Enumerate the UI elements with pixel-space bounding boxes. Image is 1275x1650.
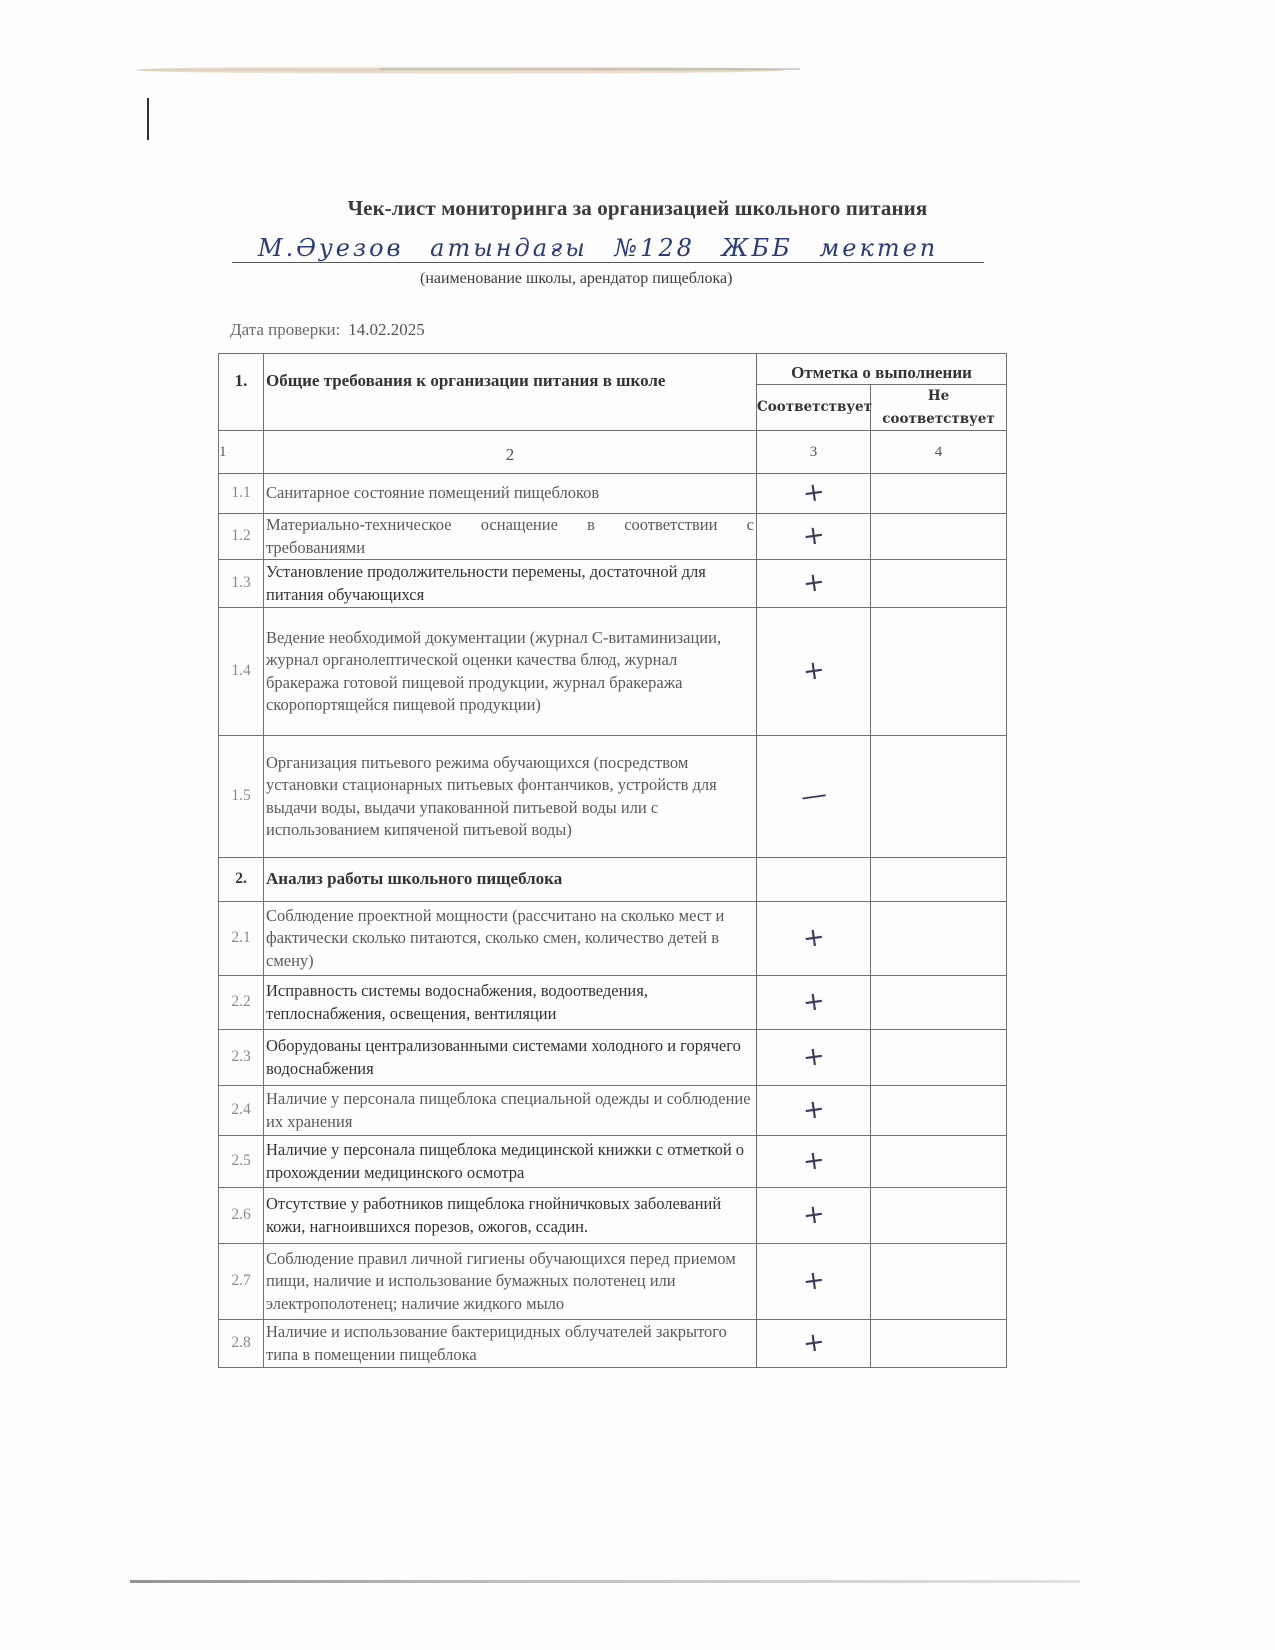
- not-complies-mark: [871, 736, 1007, 858]
- scan-edge-bottom: [130, 1580, 1080, 1583]
- row-number: 1.3: [219, 560, 264, 608]
- column-number: 3: [757, 431, 871, 474]
- not-complies-mark: [871, 1188, 1007, 1244]
- section-2-number: 2.: [219, 858, 264, 902]
- complies-mark: +: [757, 514, 871, 560]
- handwritten-mark: +: [801, 1045, 826, 1070]
- header-mark-title: Отметка о выполнении: [757, 354, 1007, 385]
- complies-mark: —: [757, 736, 871, 858]
- column-numbers-row: 1 2 3 4: [219, 431, 1007, 474]
- row-requirement: Соблюдение правил личной гигиены обучающ…: [264, 1244, 757, 1320]
- table-row: 1.1Санитарное состояние помещений пищебл…: [219, 474, 1007, 514]
- school-name-underline: [232, 262, 984, 263]
- handwritten-mark: +: [801, 1331, 826, 1356]
- handwritten-mark: +: [801, 659, 826, 684]
- row-number: 1.1: [219, 474, 264, 514]
- not-complies-mark: [871, 1244, 1007, 1320]
- complies-mark: +: [757, 1086, 871, 1136]
- not-complies-mark: [871, 902, 1007, 976]
- column-number: 1: [219, 431, 264, 474]
- handwritten-mark: +: [801, 481, 826, 506]
- table-row: 1.3Установление продолжительности переме…: [219, 560, 1007, 608]
- date-label: Дата проверки:: [230, 320, 340, 339]
- empty-cell: [871, 858, 1007, 902]
- handwritten-mark: +: [801, 571, 826, 596]
- not-complies-mark: [871, 1086, 1007, 1136]
- handwritten-mark: +: [801, 990, 826, 1015]
- complies-mark: +: [757, 474, 871, 514]
- row-requirement: Наличие и использование бактерицидных об…: [264, 1320, 757, 1368]
- handwritten-mark: +: [801, 1149, 826, 1174]
- not-complies-mark: [871, 560, 1007, 608]
- complies-mark: +: [757, 1188, 871, 1244]
- document-title: Чек-лист мониторинга за организацией шко…: [0, 196, 1275, 221]
- row-number: 2.7: [219, 1244, 264, 1320]
- row-requirement: Санитарное состояние помещений пищеблоко…: [264, 474, 757, 514]
- table-row: 2.5Наличие у персонала пищеблока медицин…: [219, 1136, 1007, 1188]
- empty-cell: [757, 858, 871, 902]
- complies-mark: +: [757, 560, 871, 608]
- handwritten-mark: —: [799, 784, 828, 810]
- row-number: 2.4: [219, 1086, 264, 1136]
- row-number: 2.2: [219, 976, 264, 1030]
- row-number: 2.8: [219, 1320, 264, 1368]
- table-row: 1.4Ведение необходимой документации (жур…: [219, 608, 1007, 736]
- row-requirement: Ведение необходимой документации (журнал…: [264, 608, 757, 736]
- complies-mark: +: [757, 976, 871, 1030]
- row-number: 1.4: [219, 608, 264, 736]
- row-requirement: Соблюдение проектной мощности (рассчитан…: [264, 902, 757, 976]
- row-number: 2.1: [219, 902, 264, 976]
- not-complies-mark: [871, 514, 1007, 560]
- complies-mark: +: [757, 1244, 871, 1320]
- complies-mark: +: [757, 608, 871, 736]
- complies-mark: +: [757, 1136, 871, 1188]
- section-1-rows: 1.1Санитарное состояние помещений пищебл…: [219, 474, 1007, 858]
- inspection-date: Дата проверки:14.02.2025: [230, 320, 425, 340]
- header-section-number: 1.: [219, 354, 264, 431]
- row-requirement: Материально-техническое оснащение в соот…: [264, 514, 757, 560]
- complies-mark: +: [757, 1320, 871, 1368]
- row-requirement: Отсутствие у работников пищеблока гнойни…: [264, 1188, 757, 1244]
- table-row: 2.8Наличие и использование бактерицидных…: [219, 1320, 1007, 1368]
- row-number: 1.2: [219, 514, 264, 560]
- not-complies-mark: [871, 1030, 1007, 1086]
- date-value: 14.02.2025: [348, 320, 425, 339]
- not-complies-mark: [871, 976, 1007, 1030]
- school-name-handwritten: М.Әуезов атындағы №128 ЖББ мектеп: [258, 234, 938, 262]
- table-row: 2.4Наличие у персонала пищеблока специал…: [219, 1086, 1007, 1136]
- table-row: 2.2Исправность системы водоснабжения, во…: [219, 976, 1007, 1030]
- header-not-complies: Не соответствует: [871, 385, 1007, 431]
- section-2-header-row: 2. Анализ работы школьного пищеблока: [219, 858, 1007, 902]
- row-number: 2.5: [219, 1136, 264, 1188]
- handwritten-mark: +: [801, 1098, 826, 1123]
- row-number: 2.3: [219, 1030, 264, 1086]
- not-complies-mark: [871, 1136, 1007, 1188]
- section-2-title: Анализ работы школьного пищеблока: [264, 858, 757, 902]
- column-number: 4: [871, 431, 1007, 474]
- row-requirement: Исправность системы водоснабжения, водоо…: [264, 976, 757, 1030]
- row-number: 1.5: [219, 736, 264, 858]
- table-row: 2.1Соблюдение проектной мощности (рассчи…: [219, 902, 1007, 976]
- row-requirement: Наличие у персонала пищеблока медицинско…: [264, 1136, 757, 1188]
- margin-mark: [147, 98, 149, 140]
- row-requirement: Наличие у персонала пищеблока специально…: [264, 1086, 757, 1136]
- not-complies-mark: [871, 474, 1007, 514]
- handwritten-mark: +: [801, 1203, 826, 1228]
- row-requirement: Организация питьевого режима обучающихся…: [264, 736, 757, 858]
- table-row: 2.7Соблюдение правил личной гигиены обуч…: [219, 1244, 1007, 1320]
- column-number: 2: [264, 431, 757, 474]
- table-header-row: 1. Общие требования к организации питани…: [219, 354, 1007, 385]
- complies-mark: +: [757, 902, 871, 976]
- handwritten-mark: +: [801, 1269, 826, 1294]
- row-requirement: Оборудованы централизованными системами …: [264, 1030, 757, 1086]
- header-complies: Соответствует: [757, 385, 871, 431]
- not-complies-mark: [871, 608, 1007, 736]
- school-caption: (наименование школы, арендатор пищеблока…: [420, 270, 732, 288]
- complies-mark: +: [757, 1030, 871, 1086]
- table-row: 2.6Отсутствие у работников пищеблока гно…: [219, 1188, 1007, 1244]
- table-row: 2.3Оборудованы централизованными система…: [219, 1030, 1007, 1086]
- table-row: 1.2Материально-техническое оснащение в с…: [219, 514, 1007, 560]
- handwritten-mark: +: [801, 926, 826, 951]
- table-row: 1.5Организация питьевого режима обучающи…: [219, 736, 1007, 858]
- row-requirement: Установление продолжительности перемены,…: [264, 560, 757, 608]
- scan-edge-line: [380, 68, 800, 70]
- not-complies-mark: [871, 1320, 1007, 1368]
- section-2-rows: 2.1Соблюдение проектной мощности (рассчи…: [219, 902, 1007, 1368]
- handwritten-mark: +: [801, 524, 826, 549]
- row-number: 2.6: [219, 1188, 264, 1244]
- checklist-table: 1. Общие требования к организации питани…: [218, 353, 1007, 1368]
- header-section-title: Общие требования к организации питания в…: [264, 354, 757, 431]
